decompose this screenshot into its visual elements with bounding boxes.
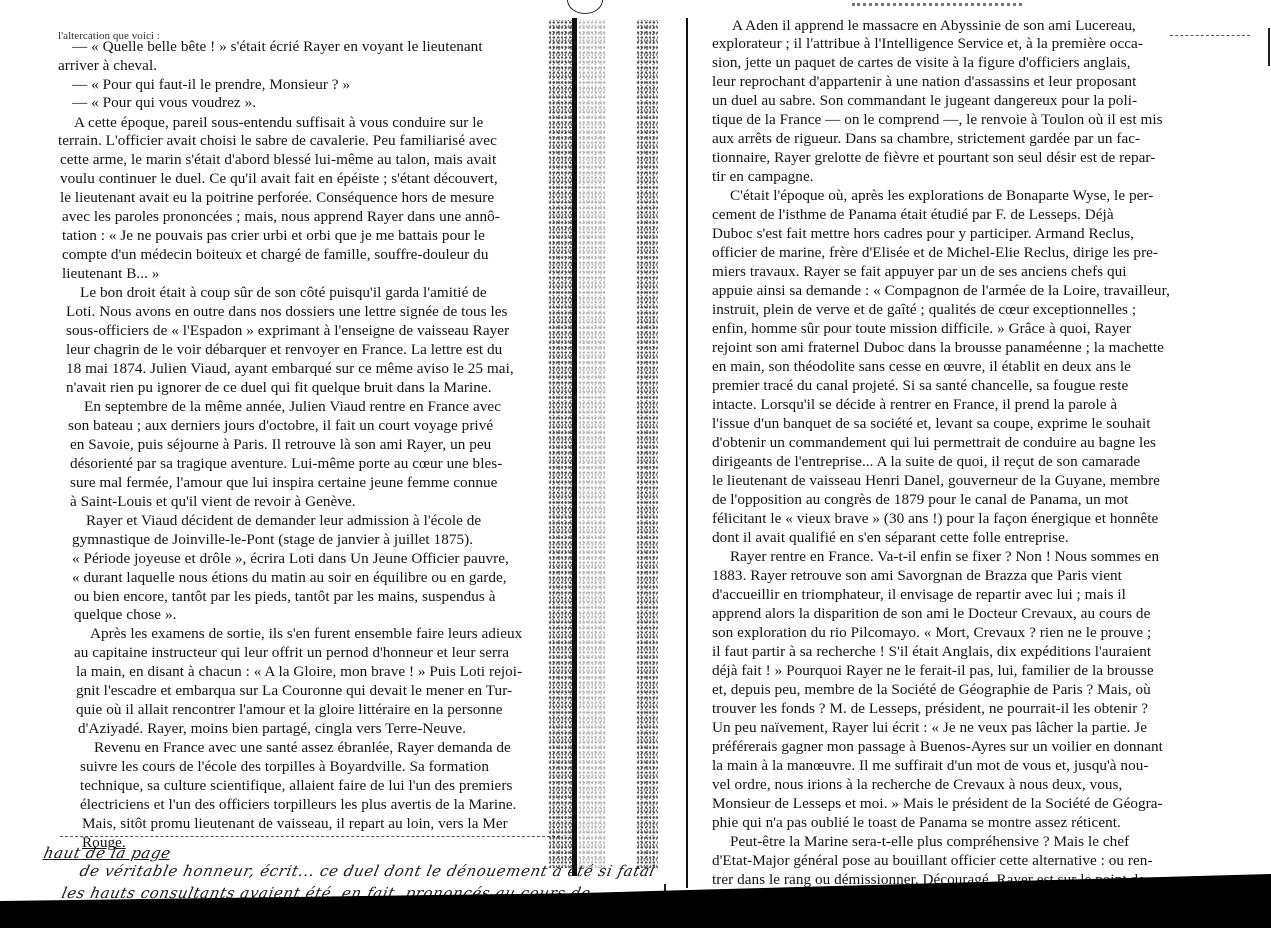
text-line: sure mal fermée, l'amour que lui inspira… bbox=[70, 474, 497, 492]
text-line: en main, son théodolite sans cesse en œu… bbox=[712, 358, 1131, 376]
text-line: Revenu en France avec une santé assez éb… bbox=[94, 739, 511, 757]
text-line: lieutenant B... » bbox=[62, 265, 159, 283]
text-line: voulu continuer le duel. Ce qu'il avait … bbox=[60, 170, 498, 188]
text-line: Loti. Nous avons en outre dans nos dossi… bbox=[66, 303, 507, 321]
text-line: préférerais gagner mon passage à Buenos-… bbox=[712, 738, 1163, 756]
text-line: apprend alors la disparition de son ami … bbox=[712, 605, 1150, 623]
margin-rule bbox=[1268, 28, 1270, 66]
text-line: d'obtenir un commandement qui lui permet… bbox=[712, 434, 1156, 452]
text-line: Peut-être la Marine sera-t-elle plus com… bbox=[730, 833, 1129, 851]
text-line: dont il avait qualifié en s'en séparant … bbox=[712, 529, 1069, 547]
handwritten-heading: haut de la page bbox=[42, 844, 173, 862]
text-line: félicitant le « vieux brave » (30 ans !)… bbox=[712, 510, 1158, 528]
text-line: n'avait rien pu ignorer de ce duel qui f… bbox=[66, 379, 492, 397]
text-line: appuie ainsi sa demande : « Compagnon de… bbox=[712, 282, 1170, 300]
text-line: vel ordre, nous irions à la recherche de… bbox=[712, 776, 1122, 794]
text-line: il faut partir à sa recherche ! S'il éta… bbox=[712, 643, 1151, 661]
spine-edge-left bbox=[572, 18, 577, 876]
text-line: d'accueillir en triomphateur, il envisag… bbox=[712, 586, 1126, 604]
text-line: quelque chose ». bbox=[74, 606, 176, 624]
text-line: C'était l'époque où, après les explorati… bbox=[730, 187, 1153, 205]
text-line: cette arme, le marin s'était d'abord ble… bbox=[60, 151, 496, 169]
text-line: phie qui n'a pas oublié le toast de Pana… bbox=[712, 814, 1121, 832]
text-line: terrain. L'officier avait choisi le sabr… bbox=[58, 132, 497, 150]
text-line: cement de l'isthme de Panama était étudi… bbox=[712, 206, 1114, 224]
text-line: Mais, sitôt promu lieutenant de vaisseau… bbox=[82, 815, 508, 833]
text-line: explorateur ; il l'attribue à l'Intellig… bbox=[712, 35, 1143, 53]
text-line: et, depuis peu, membre de la Société de … bbox=[712, 681, 1151, 699]
text-line: « Période joyeuse et drôle », écrira Lot… bbox=[72, 550, 509, 568]
text-line: technique, sa culture scientifique, alla… bbox=[80, 777, 512, 795]
text-line: A cette époque, pareil sous-entendu suff… bbox=[74, 114, 483, 132]
text-line: 1883. Rayer retrouve son ami Savorgnan d… bbox=[712, 567, 1122, 585]
text-line: de l'opposition au congrès de 1879 pour … bbox=[712, 491, 1128, 509]
right-page: A Aden il apprend le massacre en Abyssin… bbox=[650, 0, 1271, 928]
text-line: d'Aziyadé. Rayer, moins bien partagé, ci… bbox=[78, 720, 466, 738]
text-line: sion, jette un paquet de cartes de visit… bbox=[712, 54, 1131, 72]
text-line: au capitaine instructeur qui leur offrit… bbox=[74, 644, 509, 662]
text-line: instruit, plein de verve et de gaîté ; q… bbox=[712, 301, 1136, 319]
text-line: enfin, homme sûr pour toute mission diff… bbox=[712, 320, 1131, 338]
text-line: déjà fait ! » Pourquoi Rayer ne le ferai… bbox=[712, 662, 1154, 680]
text-line: premier tracé du canal projeté. Si sa sa… bbox=[712, 377, 1128, 395]
text-line: tionnaire, Rayer grelotte de fièvre et p… bbox=[712, 149, 1155, 167]
underline-mark bbox=[1170, 35, 1250, 36]
text-line: — « Quelle belle bête ! » s'était écrié … bbox=[72, 38, 483, 56]
text-line: Après les examens de sortie, ils s'en fu… bbox=[90, 625, 522, 643]
spine-shadow-left bbox=[548, 20, 572, 868]
text-line: miers travaux. Rayer se fait appuyer par… bbox=[712, 263, 1127, 281]
text-line: tir en campagne. bbox=[712, 168, 814, 186]
text-line: leur chagrin de le voir débarquer et ren… bbox=[66, 341, 502, 359]
text-line: électriciens et l'un des officiers torpi… bbox=[80, 796, 516, 814]
text-line: d'Etat-Major général pose au bouillant o… bbox=[712, 852, 1153, 870]
text-line: 18 mai 1874. Julien Viaud, ayant embarqu… bbox=[66, 360, 514, 378]
text-line: le lieutenant de vaisseau Henri Danel, g… bbox=[712, 472, 1160, 490]
text-line: En septembre de la même année, Julien Vi… bbox=[84, 398, 501, 416]
text-line: — « Pour qui vous voudrez ». bbox=[72, 94, 256, 112]
text-line: Rayer rentre en France. Va-t-il enfin se… bbox=[730, 548, 1159, 566]
text-line: la main à la manœuvre. Il me suffirait d… bbox=[712, 757, 1148, 775]
text-line: tation : « Je ne pouvais pas crier urbi … bbox=[62, 227, 485, 245]
text-line: l'issue d'un banquet de sa société et, l… bbox=[712, 415, 1151, 433]
text-line: A Aden il apprend le massacre en Abyssin… bbox=[732, 17, 1136, 35]
text-line: Duboc s'est fait mettre hors cadres pour… bbox=[712, 225, 1134, 243]
gutter-noise bbox=[578, 20, 606, 868]
text-line: officier de marine, frère d'Elisée et de… bbox=[712, 244, 1158, 262]
text-line: dirigeants de l'entreprise... A la suite… bbox=[712, 453, 1140, 471]
text-line: désorienté par sa tragique aventure. Lui… bbox=[70, 455, 502, 473]
text-line: aux arrêts de rigueur. Dans sa chambre, … bbox=[712, 130, 1140, 148]
text-line: — « Pour qui faut-il le prendre, Monsieu… bbox=[72, 76, 350, 94]
text-line: un duel au sabre. Son commandant le juge… bbox=[712, 92, 1137, 110]
text-line: rejoint son ami fraternel Duboc dans la … bbox=[712, 339, 1164, 357]
text-line: la main, en disant à chacun : « A la Glo… bbox=[76, 663, 522, 681]
text-line: son exploration du rio Pilcomayo. « Mort… bbox=[712, 624, 1151, 642]
text-line: ou bien encore, tantôt par les pieds, ta… bbox=[74, 588, 496, 606]
text-line: gymnastique de Joinville-le-Pont (stage … bbox=[72, 531, 473, 549]
text-line: sous-officiers de « l'Espadon » expriman… bbox=[66, 322, 509, 340]
text-line: suivre les cours de l'école des torpille… bbox=[80, 758, 489, 776]
text-line: avec les paroles prononcées ; mais, nous… bbox=[62, 208, 500, 226]
text-line: Un peu naïvement, Rayer lui écrit : « Je… bbox=[712, 719, 1147, 737]
text-line: tique de la France — on le comprend —, l… bbox=[712, 111, 1163, 129]
text-line: leur reprochant d'appartenir à une natio… bbox=[712, 73, 1136, 91]
text-line: Rayer et Viaud décident de demander leur… bbox=[86, 512, 481, 530]
text-line: à Saint-Louis et qu'il vient de revoir à… bbox=[70, 493, 356, 511]
underline-mark bbox=[60, 836, 560, 837]
text-line: gnit l'escadre et embarqua sur La Couron… bbox=[76, 682, 512, 700]
text-line: « durant laquelle nous étions du matin a… bbox=[72, 569, 507, 587]
text-line: son bateau ; aux derniers jours d'octobr… bbox=[68, 417, 493, 435]
text-line: intacte. Lorsqu'il se décide à rentrer e… bbox=[712, 396, 1117, 414]
left-page: l'altercation que voici : — « Quelle bel… bbox=[0, 0, 580, 928]
text-line: le lieutenant avait eu la poitrine perfo… bbox=[60, 189, 494, 207]
text-line: Le bon droit était à coup sûr de son côt… bbox=[80, 284, 487, 302]
text-line: compte d'un médecin boiteux et chargé de… bbox=[62, 246, 488, 264]
text-line: quie où il allait rencontrer l'amour et … bbox=[76, 701, 503, 719]
text-line: arriver à cheval. bbox=[58, 57, 157, 75]
text-line: Monsieur de Lesseps et moi. » Mais le pr… bbox=[712, 795, 1163, 813]
text-line: trouver les fonds ? M. de Lesseps, prési… bbox=[712, 700, 1148, 718]
running-head bbox=[852, 0, 1022, 6]
text-line: en Savoie, puis séjourne à Paris. Il ret… bbox=[70, 436, 491, 454]
